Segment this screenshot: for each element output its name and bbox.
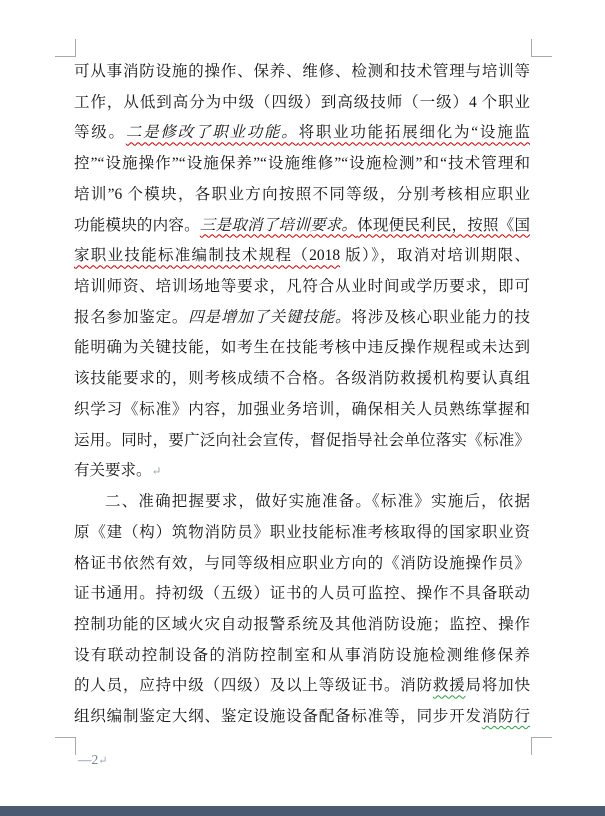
- text-segment: 培训师资、培训场地等要求，凡符合从业时间或学历要求，即可: [74, 278, 530, 295]
- text-segment: 功能模块的内容。: [74, 217, 200, 234]
- text-line: 格证书依然有效，与同等级相应职业方向的《消防设施操作员》: [74, 549, 530, 580]
- text-segment: 该技能要求的，则考核成绩不合格。各级消防救援机构要认真组: [74, 370, 530, 387]
- text-segment: 报名参加鉴定。: [74, 309, 188, 326]
- text-segment: 救援: [433, 677, 466, 694]
- text-line: 控”“设施操作”“设施保养”“设施维修”“设施检测”和“技术管理和: [74, 149, 530, 180]
- text-line: 家职业技能标准编制技术规程（2018 版）》，取消对培训期限、: [74, 241, 530, 272]
- text-line: 有关要求。↵: [74, 456, 530, 487]
- text-segment: 消防行: [482, 708, 530, 725]
- text-line: 控制功能的区域火灾自动报警系统及其他消防设施；监控、操作: [74, 610, 530, 641]
- text-line: 证书通用。持初级（五级）证书的人员可监控、操作不具备联动: [74, 579, 530, 610]
- text-segment: 培训”6 个模块，各职业方向按照不同等级，分别考核相应职业: [74, 186, 530, 203]
- text-boundary-mark-bottom-right: [531, 737, 552, 755]
- text-segment: 体现便民利民，按照《国: [357, 217, 530, 234]
- text-line: 运用。同时，要广泛向社会宣传，督促指导社会单位落实《标准》: [74, 426, 530, 457]
- text-segment: 控”“设施操作”“设施保养”“设施维修”“设施检测”和“技术管理和: [74, 155, 530, 172]
- text-line: 功能模块的内容。三是取消了培训要求。体现便民利民，按照《国: [74, 211, 530, 242]
- text-line: 组织编制鉴定大纲、鉴定设施设备配备标准等，同步开发消防行: [74, 702, 530, 733]
- text-boundary-mark-bottom-left: [55, 737, 76, 755]
- text-segment: 组织编制鉴定大纲、鉴定设施设备配备标准等，同步开发: [74, 708, 482, 725]
- text-segment: 设有联动控制设备的消防控制室和从事消防设施检测维修保养: [74, 647, 530, 664]
- text-segment: 的人员，应持中级（四级）及以上等级证书。消防: [74, 677, 433, 694]
- text-line: 工作，从低到高分为中级（四级）到高级技师（一级）4 个职业: [74, 88, 530, 119]
- text-line: 的人员，应持中级（四级）及以上等级证书。消防救援局将加快: [74, 671, 530, 702]
- text-line: 织学习《标准》内容，加强业务培训，确保相关人员熟练掌握和: [74, 395, 530, 426]
- text-segment: 能明确为关键技能，如考生在技能考核中违反操作规程或未达到: [74, 339, 530, 356]
- text-line: 二、准确把握要求，做好实施准备。《标准》实施后，依据: [74, 487, 530, 518]
- text-line: 等级。二是修改了职业功能。将职业功能拓展细化为“设施监: [74, 118, 530, 149]
- page-number: —2: [78, 752, 98, 767]
- text-line: 报名参加鉴定。四是增加了关键技能。将涉及核心职业能力的技: [74, 303, 530, 334]
- text-segment: 二是修改了职业功能。: [126, 124, 299, 141]
- text-line: 可从事消防设施的操作、保养、维修、检测和技术管理与培训等: [74, 57, 530, 88]
- text-boundary-mark-top-right: [531, 39, 552, 57]
- text-line: 培训”6 个模块，各职业方向按照不同等级，分别考核相应职业: [74, 180, 530, 211]
- text-line: 原《建（构）筑物消防员》职业技能标准考核取得的国家职业资: [74, 518, 530, 549]
- text-segment: 原《建（构）筑物消防员》职业技能标准考核取得的国家职业资: [74, 524, 530, 541]
- text-segment: 家职业技能标准编制技术规程（2018: [74, 247, 340, 264]
- text-line: 能明确为关键技能，如考生在技能考核中违反操作规程或未达到: [74, 333, 530, 364]
- text-line: 培训师资、培训场地等要求，凡符合从业时间或学历要求，即可: [74, 272, 530, 303]
- paragraph-return-mark: ↵: [98, 755, 107, 767]
- paragraph-return-mark: ↵: [152, 464, 162, 478]
- text-segment: 四是增加了关键技能。: [188, 309, 351, 326]
- text-segment: 证书通用。持初级（五级）证书的人员可监控、操作不具备联动: [74, 585, 530, 602]
- text-segment: 织学习《标准》内容，加强业务培训，确保相关人员熟练掌握和: [74, 401, 530, 418]
- text-boundary-mark-top-left: [55, 39, 76, 57]
- text-segment: 等级。: [74, 124, 126, 141]
- text-segment: 局将加快: [466, 677, 530, 694]
- document-body[interactable]: 可从事消防设施的操作、保养、维修、检测和技术管理与培训等工作，从低到高分为中级（…: [74, 57, 530, 733]
- page-footer: —2↵: [78, 752, 107, 768]
- text-segment: 工作，从低到高分为中级（四级）到高级技师（一级）4 个职业: [74, 94, 530, 111]
- text-segment: 将涉及核心职业能力的技: [351, 309, 530, 326]
- text-line: 设有联动控制设备的消防控制室和从事消防设施检测维修保养: [74, 641, 530, 672]
- document-page: 可从事消防设施的操作、保养、维修、检测和技术管理与培训等工作，从低到高分为中级（…: [0, 0, 605, 816]
- text-segment: 版）》，取消对培训期限、: [340, 247, 530, 264]
- text-line: 该技能要求的，则考核成绩不合格。各级消防救援机构要认真组: [74, 364, 530, 395]
- text-segment: 二、准确把握要求，做好实施准备。《标准》实施后，依据: [105, 493, 530, 510]
- text-segment: 可从事消防设施的操作、保养、维修、检测和技术管理与培训等: [74, 63, 530, 80]
- text-segment: 运用。同时，要广泛向社会宣传，督促指导社会单位落实《标准》: [74, 432, 530, 449]
- window-bottom-bar: [0, 806, 605, 816]
- text-segment: 将职业功能拓展细化为“设施监: [299, 124, 530, 141]
- text-segment: 控制功能的区域火灾自动报警系统及其他消防设施；监控、操作: [74, 616, 530, 633]
- text-segment: 三是取消了培训要求。: [200, 217, 357, 234]
- text-segment: 格证书依然有效，与同等级相应职业方向的《消防设施操作员》: [74, 555, 530, 572]
- text-segment: 有关要求。: [74, 462, 152, 479]
